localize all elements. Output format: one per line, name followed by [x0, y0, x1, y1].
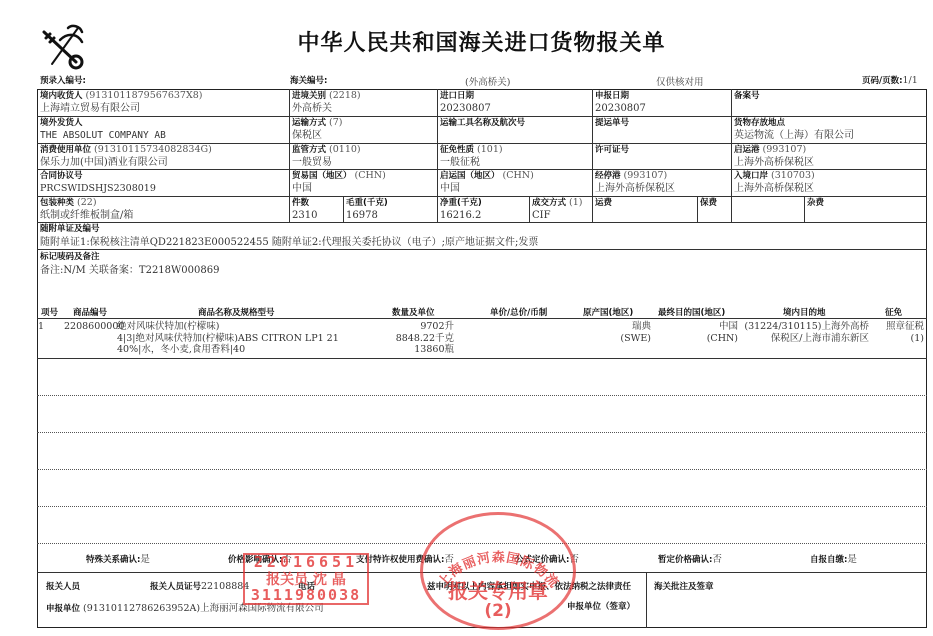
trade-country-field: 贸易国（地区） (CHN) 中国: [292, 170, 386, 195]
contract-no-field: 合同协议号 PRCSWIDSHJS2308019: [40, 170, 156, 195]
freight-field: 运费: [595, 197, 612, 210]
storage-place-field: 货物存放地点 英运物流（上海）有限公司: [734, 117, 854, 142]
provisional-price-confirm: 暂定价格确认:否: [658, 551, 722, 565]
declarant-label: 报关人员: [46, 580, 80, 592]
overseas-shipper-field: 境外发货人 THE ABSOLUT COMPANY AB: [40, 117, 166, 142]
declarant-stamp: 22016651 报关员 沈 晶 3111980038: [243, 553, 369, 605]
col-levy: 征免: [885, 306, 902, 318]
departure-port-field: 启运港 (993107) 上海外高桥保税区: [734, 144, 814, 169]
special-relation-confirm: 特殊关系确认:是: [86, 551, 150, 565]
col-final-destination: 最终目的国(地区): [658, 306, 725, 318]
customs-office: (外高桥关): [465, 74, 510, 88]
package-type-field: 包装种类 (22) 纸制或纤维板制盒/箱: [40, 197, 133, 222]
customs-approval-label: 海关批注及签章: [654, 580, 714, 592]
import-date-field: 进口日期 20230807: [440, 90, 491, 115]
col-item-no: 项号: [41, 306, 58, 318]
consumer-unit-field: 消费使用单位 (91310115734082834G) 保乐力加(中国)酒业有限…: [40, 144, 212, 169]
supervision-mode-field: 监管方式 (0110) 一般贸易: [292, 144, 361, 169]
col-origin: 原产国(地区): [583, 306, 633, 318]
verification-note: 仅供核对用: [656, 74, 704, 88]
page-indicator: 页码/页数:1/1: [862, 74, 918, 86]
col-domestic-destination: 境内目的地: [783, 306, 826, 318]
vessel-field: 运输工具名称及航次号: [440, 117, 525, 130]
bill-no-field: 提运单号: [595, 117, 629, 130]
gross-weight-field: 毛重(千克) 16978: [346, 197, 388, 222]
record-no-field: 备案号: [734, 90, 760, 103]
levy-nature-field: 征免性质 (101) 一般征税: [440, 144, 503, 169]
col-price: 单价/总价/币制: [490, 306, 547, 318]
net-weight-field: 净重(千克) 16216.2: [440, 197, 482, 222]
pre-entry-label: 预录入编号:: [40, 74, 86, 86]
entry-customs-field: 进境关别 (2218) 外高桥关: [292, 90, 361, 115]
declaring-unit-seal-label: 申报单位（签章）: [567, 600, 635, 612]
company-seal-stamp: 上海丽河森国际物流有限公司 报关专用章 (2): [420, 512, 576, 630]
license-no-field: 许可证号: [595, 144, 629, 157]
page-title: 中华人民共和国海关进口货物报关单: [0, 26, 933, 57]
col-goods-name: 商品名称及规格型号: [198, 306, 275, 318]
consignee-field: 境内收货人 (9131011879567637X8) 上海靖立贸易有限公司: [40, 90, 202, 115]
col-quantity: 数量及单位: [392, 306, 435, 318]
declarant-cert: 报关人员证号22108884: [150, 580, 249, 592]
declare-date-field: 申报日期 20230807: [595, 90, 646, 115]
misc-fee-field: 杂费: [807, 197, 824, 210]
transaction-mode-field: 成交方式 (1) CIF: [532, 197, 583, 222]
insurance-field: 保费: [700, 197, 717, 210]
departure-country-field: 启运国（地区） (CHN) 中国: [440, 170, 534, 195]
col-hs-code: 商品编号: [73, 306, 107, 318]
pieces-field: 件数 2310: [292, 197, 317, 222]
marks-field: 标记唛码及备注 备注:N/M 关联备案：T2218W000869: [40, 251, 219, 277]
attachments-field: 随附单证及编号 随附单证1:保税核注清单QD221823E000522455 随…: [40, 223, 538, 249]
stop-port-field: 经停港 (993107) 上海外高桥保税区: [595, 170, 675, 195]
entry-port-field: 入境口岸 (310703) 上海外高桥保税区: [734, 170, 815, 195]
self-declare-confirm: 自报自缴:是: [810, 551, 857, 565]
customs-no-label: 海关编号:: [290, 74, 327, 86]
transport-mode-field: 运输方式 (7) 保税区: [292, 117, 343, 142]
